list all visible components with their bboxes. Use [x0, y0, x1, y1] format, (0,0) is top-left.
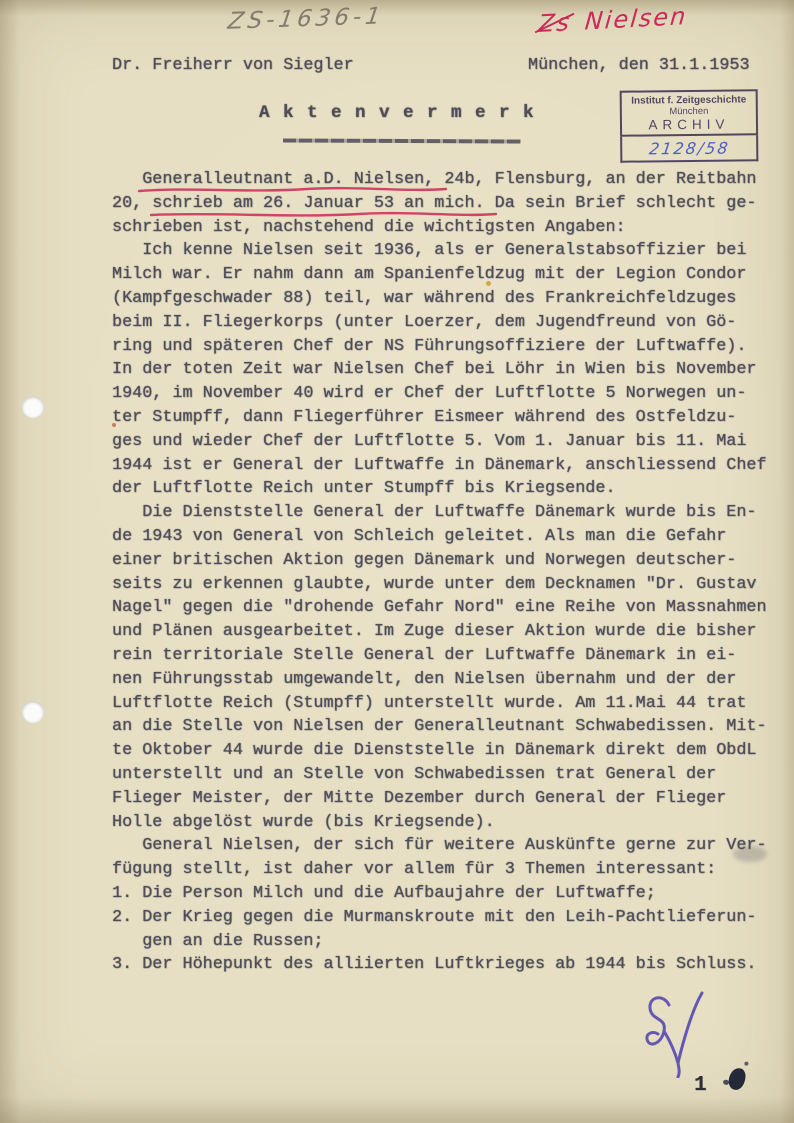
- pencil-reference-note: ZS-1636-1: [226, 3, 386, 35]
- archive-number-handwritten: 2128/58: [648, 138, 731, 158]
- paper-speck: [112, 423, 116, 427]
- red-note-name: Nielsen: [584, 2, 689, 36]
- document-line: Die Dienststelle General der Luftwaffe D…: [112, 501, 780, 525]
- document-line: ges und wieder Chef der Luftflotte 5. Vo…: [112, 430, 780, 454]
- document-line: (Kampfgeschwader 88) teil, war während d…: [112, 287, 780, 311]
- document-line: fügung stellt, ist daher vor allem für 3…: [112, 858, 780, 882]
- document-line: gen an die Russen;: [112, 930, 780, 954]
- document-line: einer britischen Aktion gegen Dänemark u…: [112, 549, 780, 573]
- place-and-date: München, den 31.1.1953: [528, 56, 750, 75]
- document-line: In der toten Zeit war Nielsen Chef bei L…: [112, 358, 780, 382]
- red-note-prefix-struck: Zs: [537, 8, 572, 38]
- document-line: Luftflotte Reich (Stumpff) unterstellt w…: [112, 692, 780, 716]
- document-line: 1. Die Person Milch und die Aufbaujahre …: [112, 882, 780, 906]
- document-line: seits zu erkennen glaubte, wurde unter d…: [112, 573, 780, 597]
- title-underline: [283, 138, 521, 143]
- ink-blot: [727, 1067, 747, 1092]
- document-line: rein territoriale Stelle General der Luf…: [112, 644, 780, 668]
- memo-body: Generalleutnant a.D. Nielsen, 24b, Flens…: [112, 168, 780, 977]
- author-name: Dr. Freiherr von Siegler: [112, 56, 354, 75]
- document-line: schrieben ist, nachstehend die wichtigst…: [112, 216, 780, 240]
- document-line: an die Stelle von Nielsen der Generalleu…: [112, 715, 780, 739]
- document-title: A k t e n v e r m e r k: [0, 103, 794, 123]
- document-line: unterstellt und an Stelle von Schwabedis…: [112, 763, 780, 787]
- document-line: Milch war. Er nahm dann am Spanienfeldzu…: [112, 263, 780, 287]
- document-line: 2. Der Krieg gegen die Murmanskroute mit…: [112, 906, 780, 930]
- document-line: 1940, im November 40 wird er Chef der Lu…: [112, 382, 780, 406]
- document-line: de 1943 von General von Schleich geleite…: [112, 525, 780, 549]
- archive-stamp-number-box: 2128/58: [620, 135, 758, 162]
- document-line: beim II. Fliegerkorps (unter Loerzer, de…: [112, 311, 780, 335]
- punch-hole-top: [22, 396, 44, 418]
- document-line: te Oktober 44 wurde die Dienststelle in …: [112, 739, 780, 763]
- scanned-document-page: ZS-1636-1 ZsNielsen Dr. Freiherr von Sie…: [0, 0, 794, 1123]
- paper-smudge: [733, 846, 767, 862]
- document-line: Ich kenne Nielsen seit 1936, als er Gene…: [112, 239, 780, 263]
- document-line: Nagel" gegen die "drohende Gefahr Nord" …: [112, 596, 780, 620]
- document-line: Generalleutnant a.D. Nielsen, 24b, Flens…: [112, 168, 780, 192]
- document-line: ring und späteren Chef der NS Führungsof…: [112, 335, 780, 359]
- page-number: 1: [694, 1074, 707, 1097]
- document-line: 3. Der Höhepunkt des alliierten Luftkrie…: [112, 953, 780, 977]
- punch-hole-bottom: [22, 701, 44, 723]
- document-line: Flieger Meister, der Mitte Dezember durc…: [112, 787, 780, 811]
- handwritten-initials-signature: [636, 990, 728, 1078]
- document-line: Holle abgelöst wurde (bis Kriegsende).: [112, 811, 780, 835]
- document-line: der Luftflotte Reich unter Stumpff bis K…: [112, 477, 780, 501]
- document-line: 1944 ist er General der Luftwaffe in Dän…: [112, 454, 780, 478]
- document-line: 20, schrieb am 26. Januar 53 an mich. Da…: [112, 192, 780, 216]
- paper-speck: [486, 281, 491, 286]
- archive-stamp: Institut f. Zeitgeschichte München ARCHI…: [620, 89, 759, 162]
- red-ink-note: ZsNielsen: [537, 2, 689, 38]
- document-line: nen Führungsstab umgewandelt, den Nielse…: [112, 668, 780, 692]
- document-line: General Nielsen, der sich für weitere Au…: [112, 834, 780, 858]
- document-line: und Plänen ausgearbeitet. Im Zuge dieser…: [112, 620, 780, 644]
- document-line: ter Stumpff, dann Fliegerführer Eismeer …: [112, 406, 780, 430]
